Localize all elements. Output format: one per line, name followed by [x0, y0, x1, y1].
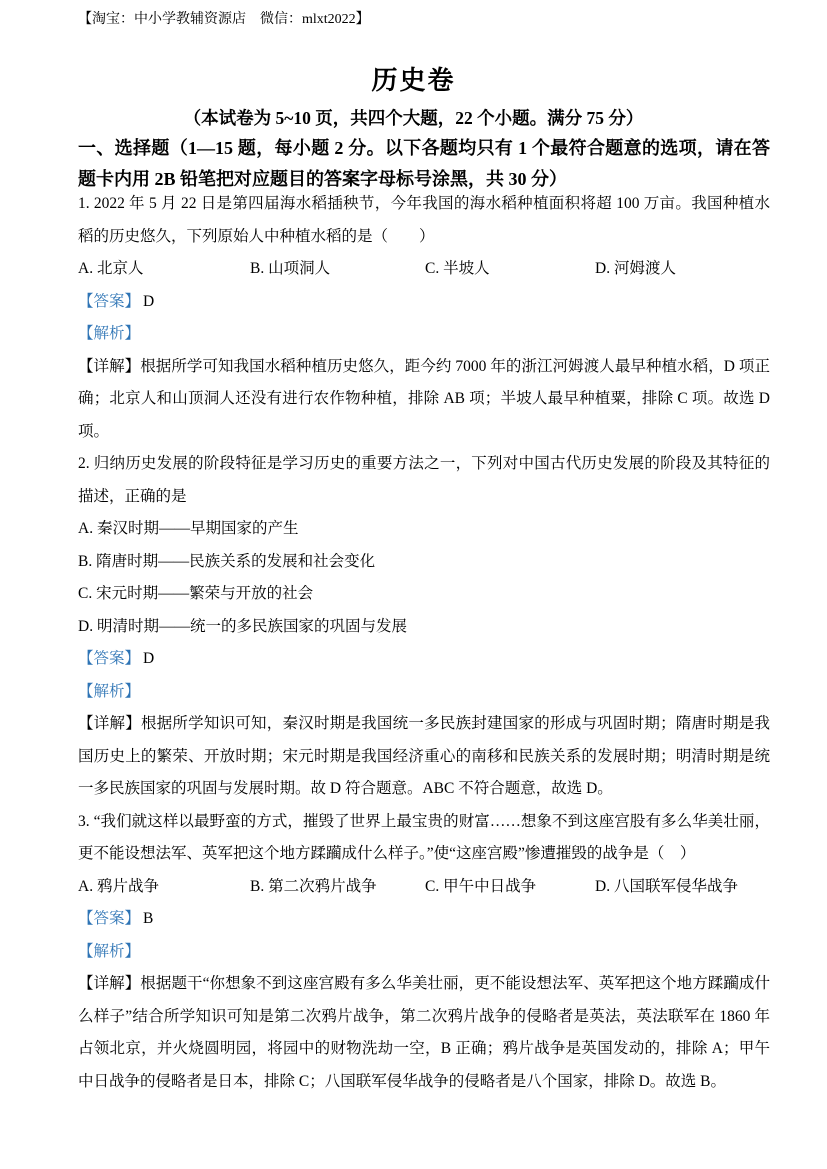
detail-paragraph: 【详解】根据所学可知我国水稻种植历史悠久，距今约 7000 年的浙江河姆渡人最早… [78, 351, 770, 449]
option-item: B. 山项洞人 [250, 253, 425, 286]
question-stem: 1. 2022 年 5 月 22 日是第四届海水稻插秧节，今年我国的海水稻种植面… [78, 188, 770, 253]
answer-label: 【答案】 [78, 650, 140, 667]
option-item: B. 第二次鸦片战争 [250, 871, 425, 904]
answer-value: D [143, 293, 154, 310]
option-item: C. 半坡人 [425, 253, 595, 286]
option-item: C. 甲午中日战争 [425, 871, 595, 904]
paper-subtitle: （本试卷为 5~10 页，共四个大题，22 个小题。满分 75 分） [0, 105, 827, 130]
question-options: A. 北京人B. 山项洞人C. 半坡人D. 河姆渡人 [78, 253, 770, 286]
detail-paragraph: 【详解】根据题干“你想象不到这座宫殿有多么华美壮丽，更不能设想法军、英军把这个地… [78, 968, 770, 1098]
store-watermark: 【淘宝：中小学教辅资源店 微信：mlxt2022】 [78, 8, 370, 28]
option-item: D. 河姆渡人 [595, 253, 770, 286]
paper-title: 历史卷 [0, 60, 827, 97]
analysis-line: 【解析】 [78, 936, 770, 969]
answer-label: 【答案】 [78, 293, 140, 310]
answer-line: 【答案】D [78, 286, 770, 319]
answer-value: B [143, 910, 153, 927]
detail-text: 根据所学可知我国水稻种植历史悠久，距今约 7000 年的浙江河姆渡人最早种植水稻… [78, 358, 770, 440]
analysis-line: 【解析】 [78, 318, 770, 351]
option-item: A. 鸦片战争 [78, 871, 250, 904]
detail-label: 【详解】 [78, 715, 141, 732]
question-block: 3. “我们就这样以最野蛮的方式，摧毁了世界上最宝贵的财富……想象不到这座宫股有… [78, 806, 770, 1099]
option-item: A. 北京人 [78, 253, 250, 286]
analysis-label: 【解析】 [78, 325, 140, 342]
option-item: B. 隋唐时期——民族关系的发展和社会变化 [78, 546, 770, 579]
detail-text: 根据所学知识可知，秦汉时期是我国统一多民族封建国家的形成与巩固时期；隋唐时期是我… [78, 715, 770, 797]
analysis-label: 【解析】 [78, 683, 140, 700]
option-item: C. 宋元时期——繁荣与开放的社会 [78, 578, 770, 611]
answer-label: 【答案】 [78, 910, 140, 927]
question-block: 1. 2022 年 5 月 22 日是第四届海水稻插秧节，今年我国的海水稻种植面… [78, 188, 770, 448]
detail-paragraph: 【详解】根据所学知识可知，秦汉时期是我国统一多民族封建国家的形成与巩固时期；隋唐… [78, 708, 770, 806]
option-item: D. 八国联军侵华战争 [595, 871, 770, 904]
analysis-label: 【解析】 [78, 943, 140, 960]
detail-text: 根据题干“你想象不到这座宫殿有多么华美壮丽，更不能设想法军、英军把这个地方蹂躏成… [78, 975, 770, 1090]
answer-line: 【答案】D [78, 643, 770, 676]
question-options: A. 鸦片战争B. 第二次鸦片战争C. 甲午中日战争D. 八国联军侵华战争 [78, 871, 770, 904]
question-block: 2. 归纳历史发展的阶段特征是学习历史的重要方法之一，下列对中国古代历史发展的阶… [78, 448, 770, 806]
answer-value: D [143, 650, 154, 667]
section-heading: 一、选择题（1—15 题，每小题 2 分。以下各题均只有 1 个最符合题意的选项… [78, 133, 770, 195]
detail-label: 【详解】 [78, 975, 140, 992]
questions-container: 1. 2022 年 5 月 22 日是第四届海水稻插秧节，今年我国的海水稻种植面… [78, 188, 770, 1098]
question-stem: 2. 归纳历史发展的阶段特征是学习历史的重要方法之一，下列对中国古代历史发展的阶… [78, 448, 770, 513]
option-item: A. 秦汉时期——早期国家的产生 [78, 513, 770, 546]
analysis-line: 【解析】 [78, 676, 770, 709]
question-stem: 3. “我们就这样以最野蛮的方式，摧毁了世界上最宝贵的财富……想象不到这座宫股有… [78, 806, 770, 871]
detail-label: 【详解】 [78, 358, 140, 375]
question-options: A. 秦汉时期——早期国家的产生B. 隋唐时期——民族关系的发展和社会变化C. … [78, 513, 770, 643]
option-item: D. 明清时期——统一的多民族国家的巩固与发展 [78, 611, 770, 644]
answer-line: 【答案】B [78, 903, 770, 936]
document-page: 【淘宝：中小学教辅资源店 微信：mlxt2022】 历史卷 （本试卷为 5~10… [0, 0, 827, 1169]
